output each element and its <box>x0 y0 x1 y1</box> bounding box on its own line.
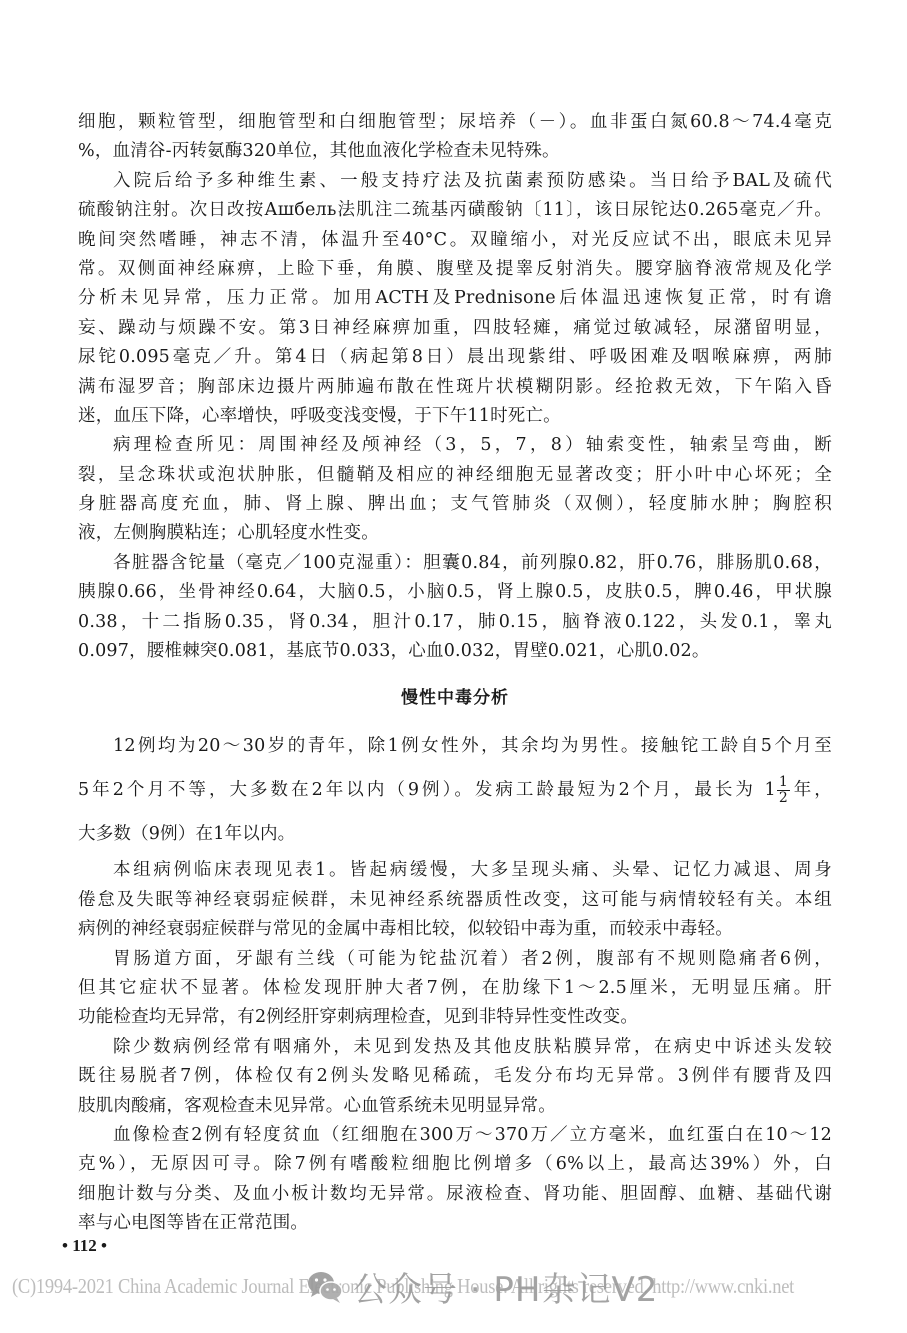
text-line: 除少数病例经常有咽痛外，未见到发热及其他皮肤粘膜异常，在病史中诉述头发较 <box>78 1033 832 1062</box>
text-line: 0.097，腰椎棘突0.081，基底节0.033，心血0.032，胃壁0.021… <box>78 637 832 666</box>
text-line: 晚间突然嗜睡，神志不清，体温升至40°C。双瞳缩小，对光反应试不出，眼底未见异 <box>78 226 832 255</box>
text-line: 病例的神经衰弱症候群与常见的金属中毒相比较，似较铅中毒为重，而较汞中毒轻。 <box>78 915 832 944</box>
text-line: 既往易脱者7例，体检仅有2例头发略见稀疏，毛发分布均无异常。3例伴有腰背及四 <box>78 1062 832 1091</box>
paragraph-clinical-manifestations: 本组病例临床表现见表1。皆起病缓慢，大多呈现头痛、头晕、记忆力减退、周身 倦怠及… <box>78 856 832 944</box>
text-line: 常。双侧面神经麻痹，上睑下垂，角膜、腹壁及提睾反射消失。腰穿脑脊液常规及化学 <box>78 255 832 284</box>
wechat-icon <box>307 1270 343 1304</box>
text-line: 迷，血压下降，心率增快，呼吸变浅变慢，于下午11时死亡。 <box>78 402 832 431</box>
fraction-denominator: 2 <box>777 791 790 806</box>
watermark: 公众号 · PH杂记V2 <box>307 1262 658 1311</box>
text-line-with-fraction: 5年2个月不等，大多数在2年以内（9例）。发病工龄最短为2个月，最长为 112年… <box>78 768 832 812</box>
text-segment: 5年2个月不等，大多数在2年以内（9例）。发病工龄最短为2个月，最长为 1 <box>78 780 776 800</box>
text-line: 12例均为20～30岁的青年，除1例女性外，其余均为男性。接触铊工龄自5个月至 <box>78 724 832 768</box>
paragraph-skin-hair: 除少数病例经常有咽痛外，未见到发热及其他皮肤粘膜异常，在病史中诉述头发较 既往易… <box>78 1033 832 1121</box>
text-line: 各脏器含铊量（毫克／100克湿重）：胆囊0.84，前列腺0.82，肝0.76，腓… <box>78 549 832 578</box>
text-line: 满布湿罗音；胸部床边摄片两肺遍布散在性斑片状模糊阴影。经抢救无效，下午陷入昏 <box>78 373 832 402</box>
text-line: 病理检查所见：周围神经及颅神经（3，5，7，8）轴索变性，轴索呈弯曲，断 <box>78 431 832 460</box>
document-body: 细胞，颗粒管型，细胞管型和白细胞管型；尿培养（－）。血非蛋白氮60.8～74.4… <box>78 108 832 1239</box>
text-line: 硫酸钠注射。次日改按Ашбель法肌注二巯基丙磺酸钠〔11〕，该日尿铊达0.26… <box>78 196 832 225</box>
text-line: 胰腺0.66，坐骨神经0.64，大脑0.5，小脑0.5，肾上腺0.5，皮肤0.5… <box>78 578 832 607</box>
text-line: 液，左侧胸膜粘连；心肌轻度水性变。 <box>78 519 832 548</box>
text-line: 功能检查均无异常，有2例经肝穿刺病理检查，见到非特异性变性改变。 <box>78 1003 832 1032</box>
text-line: 分析未见异常，压力正常。加用ACTH及Prednisone后体温迅速恢复正常，时… <box>78 284 832 313</box>
text-line: 倦怠及失眠等神经衰弱症候群，未见神经系统器质性改变，这可能与病情较轻有关。本组 <box>78 886 832 915</box>
text-line: 入院后给予多种维生素、一般支持疗法及抗菌素预防感染。当日给予BAL及硫代 <box>78 167 832 196</box>
text-line: 肢肌肉酸痛，客观检查未见异常。心血管系统未见明显异常。 <box>78 1092 832 1121</box>
text-line: 尿铊0.095毫克／升。第4日（病起第8日）晨出现紫绀、呼吸困难及咽喉麻痹，两肺 <box>78 343 832 372</box>
text-line: 细胞计数与分类、及血小板计数均无异常。尿液检查、肾功能、胆固醇、血糖、基础代谢 <box>78 1180 832 1209</box>
text-line: 大多数（9例）在1年以内。 <box>78 812 832 856</box>
page-number: • 112 • <box>62 1236 107 1256</box>
paragraph-blood-tests: 血像检查2例有轻度贫血（红细胞在300万～370万／立方毫米，血红蛋白在10～1… <box>78 1121 832 1239</box>
paragraph-organ-thallium-content: 各脏器含铊量（毫克／100克湿重）：胆囊0.84，前列腺0.82，肝0.76，腓… <box>78 549 832 667</box>
fraction: 12 <box>777 775 790 806</box>
paragraph-chronic-cases-overview: 12例均为20～30岁的青年，除1例女性外，其余均为男性。接触铊工龄自5个月至 … <box>78 724 832 856</box>
paragraph-gastrointestinal: 胃肠道方面，牙龈有兰线（可能为铊盐沉着）者2例，腹部有不规则隐痛者6例， 但其它… <box>78 945 832 1033</box>
text-line: 胃肠道方面，牙龈有兰线（可能为铊盐沉着）者2例，腹部有不规则隐痛者6例， <box>78 945 832 974</box>
text-line: 本组病例临床表现见表1。皆起病缓慢，大多呈现头痛、头晕、记忆力减退、周身 <box>78 856 832 885</box>
watermark-text: 公众号 · PH杂记V2 <box>353 1262 658 1311</box>
text-line: 裂，呈念珠状或泡状肿胀，但髓鞘及相应的神经细胞无显著改变；肝小叶中心坏死；全 <box>78 461 832 490</box>
paragraph-lab-results: 细胞，颗粒管型，细胞管型和白细胞管型；尿培养（－）。血非蛋白氮60.8～74.4… <box>78 108 832 167</box>
text-line: 妄、躁动与烦躁不安。第3日神经麻痹加重，四肢轻瘫，痛觉过敏减轻，尿潴留明显， <box>78 314 832 343</box>
text-line: 率与心电图等皆在正常范围。 <box>78 1209 832 1238</box>
fraction-numerator: 1 <box>777 775 790 791</box>
text-segment: 年， <box>791 780 832 800</box>
section-heading: 慢性中毒分析 <box>78 676 832 720</box>
text-line: 血像检查2例有轻度贫血（红细胞在300万～370万／立方毫米，血红蛋白在10～1… <box>78 1121 832 1150</box>
text-line: 克%），无原因可寻。除7例有嗜酸粒细胞比例增多（6%以上，最高达39%）外，白 <box>78 1150 832 1179</box>
text-line: 但其它症状不显著。体检发现肝肿大者7例，在肋缘下1～2.5厘米，无明显压痛。肝 <box>78 974 832 1003</box>
text-line: 0.38，十二指肠0.35，肾0.34，胆汁0.17，肺0.15，脑脊液0.12… <box>78 608 832 637</box>
paragraph-treatment-course: 入院后给予多种维生素、一般支持疗法及抗菌素预防感染。当日给予BAL及硫代 硫酸钠… <box>78 167 832 432</box>
text-line: %，血清谷-丙转氨酶320单位，其他血液化学检查未见特殊。 <box>78 137 832 166</box>
paragraph-pathology-findings: 病理检查所见：周围神经及颅神经（3，5，7，8）轴索变性，轴索呈弯曲，断 裂，呈… <box>78 431 832 549</box>
text-line: 细胞，颗粒管型，细胞管型和白细胞管型；尿培养（－）。血非蛋白氮60.8～74.4… <box>78 108 832 137</box>
text-line: 身脏器高度充血，肺、肾上腺、脾出血；支气管肺炎（双侧），轻度肺水肿；胸腔积 <box>78 490 832 519</box>
